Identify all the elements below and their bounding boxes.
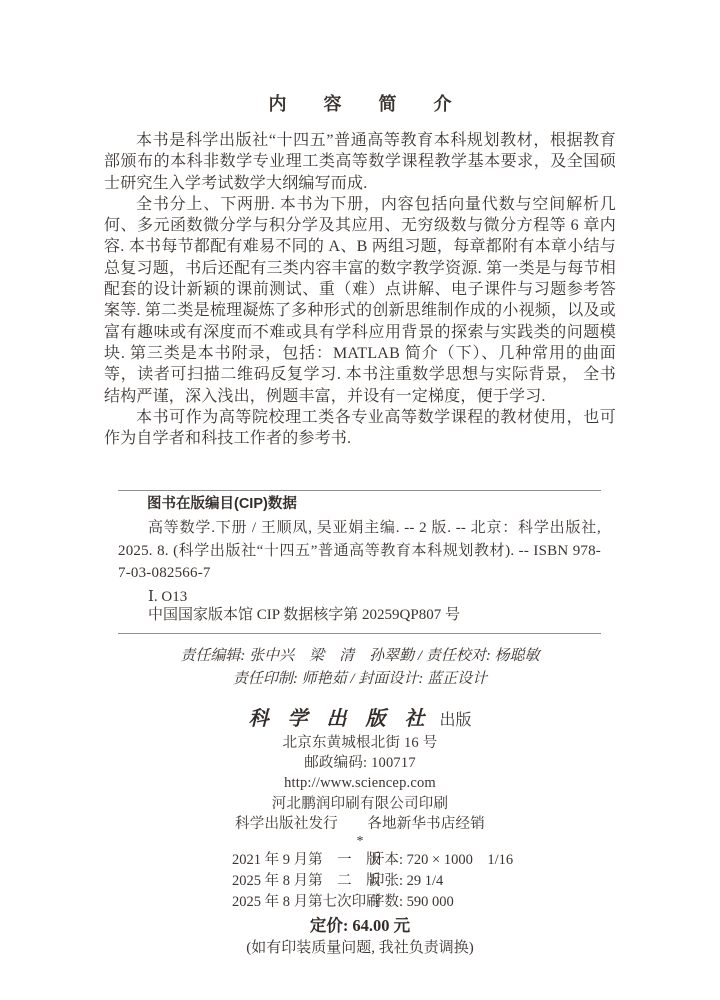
staff-credits: 责任编辑: 张中兴 梁 清 孙翠勤 / 责任校对: 杨聪敏 责任印制: 师艳茹 …: [0, 645, 720, 691]
book-copyright-page: 内 容 简 介 本书是科学出版社“十四五”普通高等教育本科规划教材，根据教育部颁…: [0, 0, 720, 1000]
printer-line: 河北鹏润印刷有限公司印刷: [0, 794, 720, 814]
edition-row: 2025 年 8 月第七次印刷 字数: 590 000: [232, 892, 488, 913]
science-press-logo: 科 学 出 版 社: [248, 708, 431, 730]
cip-data-block: 图书在版编目(CIP)数据 高等数学.下册 / 王顺凤, 吴亚娟主编. -- 2…: [118, 490, 601, 634]
edition-row: 2021 年 9 月第 一 版 开本: 720 × 1000 1/16: [232, 850, 488, 871]
credits-printing-design-line: 责任印制: 师艳茹 / 封面设计: 蓝正设计: [0, 668, 720, 691]
word-count-spec: 字数: 590 000: [370, 892, 454, 913]
quality-guarantee-note: (如有印装质量问题, 我社负责调换): [0, 937, 720, 959]
publisher-address: 北京东黄城根北街 16 号: [0, 733, 720, 753]
cip-description: 高等数学.下册 / 王顺凤, 吴亚娟主编. -- 2 版. -- 北京：科学出版…: [118, 517, 601, 585]
format-spec: 开本: 720 × 1000 1/16: [370, 850, 513, 871]
printing-date: 2025 年 8 月第七次印刷: [232, 892, 370, 913]
sheets-spec: 印张: 29 1/4: [370, 871, 443, 892]
price-line: 定价: 64.00 元: [0, 915, 720, 937]
publisher-postcode: 邮政编码: 100717: [0, 753, 720, 773]
intro-paragraph-1: 本书是科学出版社“十四五”普通高等教育本科规划教材，根据教育部颁布的本科非数学专…: [104, 130, 616, 194]
edition-info-block: 2021 年 9 月第 一 版 开本: 720 × 1000 1/16 2025…: [232, 850, 488, 913]
publisher-suffix: 出版: [439, 712, 471, 729]
credits-editors-line: 责任编辑: 张中兴 梁 清 孙翠勤 / 责任校对: 杨聪敏: [0, 645, 720, 668]
content-introduction-title: 内 容 简 介: [0, 90, 720, 116]
edition-date-second: 2025 年 8 月第 二 版: [232, 871, 370, 892]
introduction-section: 本书是科学出版社“十四五”普通高等教育本科规划教材，根据教育部颁布的本科非数学专…: [104, 130, 616, 449]
publisher-block: 科 学 出 版 社 出版 北京东黄城根北街 16 号 邮政编码: 100717 …: [0, 707, 720, 849]
cip-header: 图书在版编目(CIP)数据: [118, 494, 601, 515]
cip-record-number: 中国国家版本馆 CIP 数据核字第 20259QP807 号: [118, 606, 601, 625]
edition-row: 2025 年 8 月第 二 版 印张: 29 1/4: [232, 871, 488, 892]
distribution-line: 科学出版社发行 各地新华书店经销: [0, 814, 720, 834]
publisher-name-line: 科 学 出 版 社 出版: [0, 707, 720, 733]
intro-paragraph-2: 全书分上、下两册. 本书为下册，内容包括向量代数与空间解析几何、多元函数微分学与…: [104, 194, 616, 407]
publisher-website: http://www.sciencep.com: [0, 773, 720, 793]
cip-classification: Ⅰ. O13: [118, 588, 601, 607]
divider-asterisk: *: [0, 834, 720, 849]
intro-paragraph-3: 本书可作为高等院校理工类各专业高等数学课程的教材使用，也可作为自学者和科技工作者…: [104, 407, 616, 450]
edition-date-first: 2021 年 9 月第 一 版: [232, 850, 370, 871]
